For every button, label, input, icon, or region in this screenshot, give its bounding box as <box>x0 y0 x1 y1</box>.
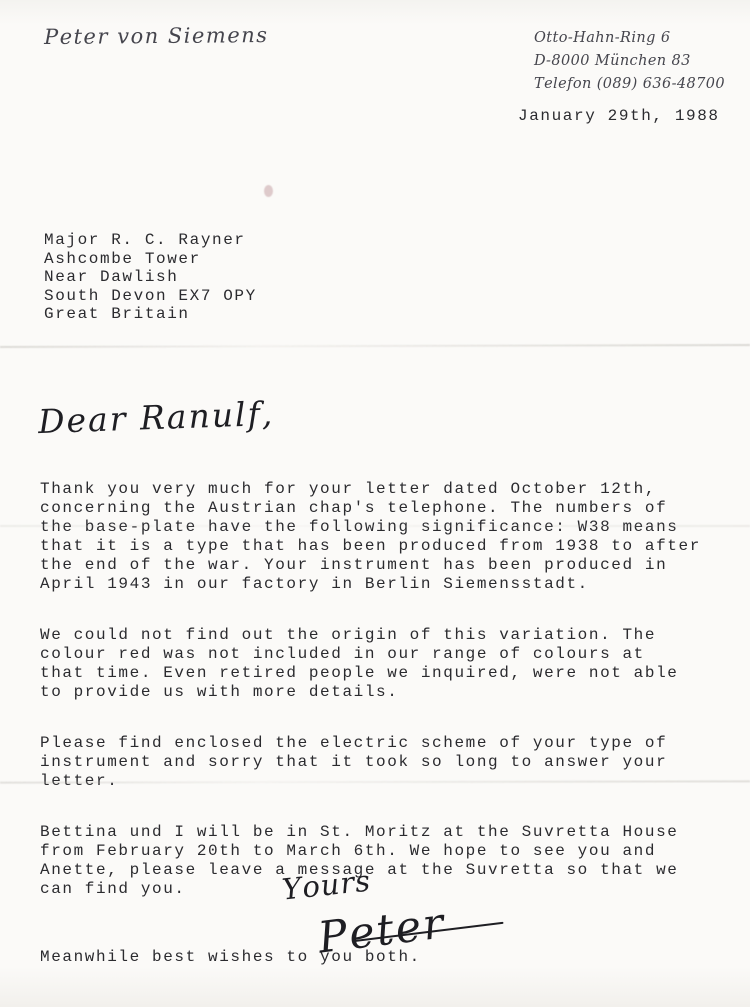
letter-page: Peter von Siemens Otto-Hahn-Ring 6 D-800… <box>0 0 750 1007</box>
paper-fold-crease-middle <box>0 525 750 527</box>
recipient-address: Major R. C. Rayner Ashcombe Tower Near D… <box>44 231 257 324</box>
letter-date: January 29th, 1988 <box>518 107 720 126</box>
body-paragraph-4: Bettina und I will be in St. Moritz at t… <box>40 823 732 899</box>
paper-fold-crease-top <box>0 344 750 348</box>
paper-speck <box>264 185 273 197</box>
handwritten-salutation: Dear Ranulf, <box>37 394 274 441</box>
letterhead-name: Peter von Siemens <box>44 23 269 49</box>
letterhead-address: Otto-Hahn-Ring 6 D-8000 München 83 Telef… <box>534 27 725 96</box>
body-paragraph-2: We could not find out the origin of this… <box>40 626 732 702</box>
body-paragraph-1: Thank you very much for your letter date… <box>40 480 732 594</box>
